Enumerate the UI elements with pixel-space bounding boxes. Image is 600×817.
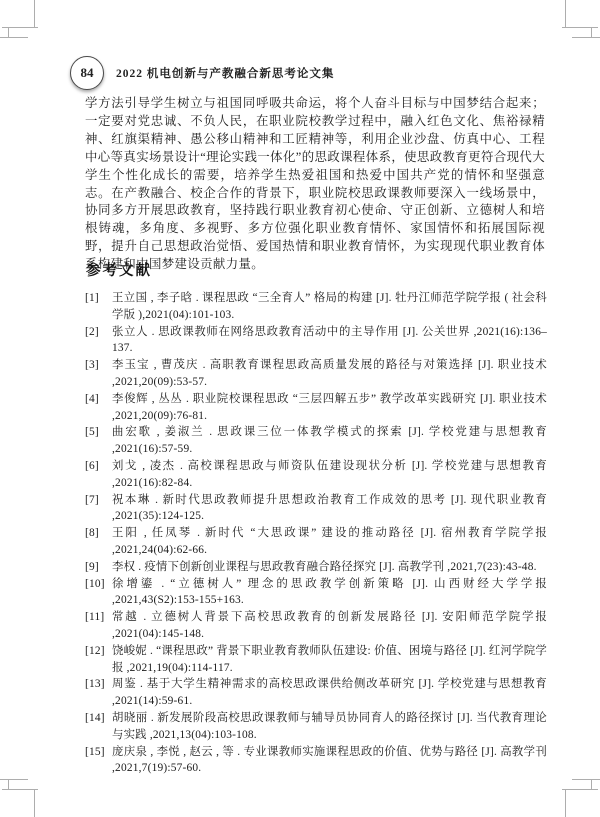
- reference-text: 李权 . 疫情下创新创业课程与思政教育融合路径探究 [J]. 高教学刊 ,202…: [112, 561, 537, 573]
- article-paragraph: 学方法引导学生树立与祖国同呼吸共命运，将个人奋斗目标与中国梦结合起来；一定要对党…: [85, 95, 545, 274]
- reference-text: 李俊辉 , 丛丛 . 职业院校课程思政 “三层四解五步” 教学改革实践研究 [J…: [112, 393, 547, 422]
- reference-label: [5]: [85, 424, 99, 441]
- reference-item: [3]李玉宝 , 曹茂庆 . 高职教育课程思政高质量发展的路径与对策选择 [J]…: [85, 357, 547, 391]
- reference-text: 张立人 . 思政课教师在网络思政教育活动中的主导作用 [J]. 公关世界 ,20…: [112, 326, 547, 355]
- reference-item: [15]庞庆泉 , 李悦 , 赵云 , 等 . 专业课教师实施课程思政的价值、优…: [85, 744, 547, 778]
- reference-text: 李玉宝 , 曹茂庆 . 高职教育课程思政高质量发展的路径与对策选择 [J]. 职…: [112, 359, 547, 388]
- page-number: 84: [81, 65, 94, 81]
- reference-item: [1]王立国 , 李子晗 . 课程思政 “三全育人” 格局的构建 [J]. 牡丹…: [85, 290, 547, 324]
- reference-item: [13]周鉴 . 基于大学生精神需求的高校思政课供给侧改革研究 [J]. 学校党…: [85, 676, 547, 710]
- reference-item: [14]胡晓丽 . 新发展阶段高校思政课教师与辅导员协同育人的路径探讨 [J].…: [85, 710, 547, 744]
- reference-text: 王阳 , 任凤琴 . 新时代 “大思政课” 建设的推动路径 [J]. 宿州教育学…: [112, 527, 547, 556]
- reference-label: [3]: [85, 357, 99, 374]
- reference-item: [2]张立人 . 思政课教师在网络思政教育活动中的主导作用 [J]. 公关世界 …: [85, 324, 547, 358]
- crop-mark-top-left: [0, 0, 40, 40]
- reference-item: [12]饶峻妮 . “课程思政” 背景下职业教育教师队伍建设: 价值、困境与路径…: [85, 643, 547, 677]
- reference-item: [8]王阳 , 任凤琴 . 新时代 “大思政课” 建设的推动路径 [J]. 宿州…: [85, 525, 547, 559]
- page-header: 84 2022 机电创新与产教融合新思考论文集: [70, 56, 545, 90]
- reference-text: 王立国 , 李子晗 . 课程思政 “三全育人” 格局的构建 [J]. 牡丹江师范…: [112, 292, 547, 321]
- reference-label: [8]: [85, 525, 99, 542]
- reference-item: [9]李权 . 疫情下创新创业课程与思政教育融合路径探究 [J]. 高教学刊 ,…: [85, 559, 547, 576]
- reference-text: 祝本琳 . 新时代思政教师提升思想政治教育工作成效的思考 [J]. 现代职业教育…: [112, 494, 547, 523]
- reference-item: [4]李俊辉 , 丛丛 . 职业院校课程思政 “三层四解五步” 教学改革实践研究…: [85, 391, 547, 425]
- reference-text: 饶峻妮 . “课程思政” 背景下职业教育教师队伍建设: 价值、困境与路径 [J]…: [112, 645, 547, 674]
- reference-label: [10]: [85, 576, 105, 593]
- reference-item: [7]祝本琳 . 新时代思政教师提升思想政治教育工作成效的思考 [J]. 现代职…: [85, 492, 547, 526]
- reference-text: 胡晓丽 . 新发展阶段高校思政课教师与辅导员协同育人的路径探讨 [J]. 当代教…: [112, 712, 547, 741]
- reference-label: [11]: [85, 609, 104, 626]
- reference-text: 刘戈 , 凌杰 . 高校课程思政与师资队伍建设现状分析 [J]. 学校党建与思想…: [112, 460, 547, 489]
- reference-label: [2]: [85, 324, 99, 341]
- crop-mark-bottom-left: [0, 777, 40, 817]
- reference-text: 曲宏歌 , 姜淑兰 . 思政课三位一体教学模式的探索 [J]. 学校党建与思想教…: [112, 426, 547, 455]
- book-title: 2022 机电创新与产教融合新思考论文集: [116, 65, 334, 81]
- reference-item: [10]徐增鎏 . “立德树人” 理念的思政教学创新策略 [J]. 山西财经大学…: [85, 576, 547, 610]
- reference-text: 周鉴 . 基于大学生精神需求的高校思政课供给侧改革研究 [J]. 学校党建与思想…: [112, 678, 547, 707]
- page-number-badge: 84: [70, 56, 104, 90]
- crop-mark-bottom-right: [560, 777, 600, 817]
- reference-item: [11]常越 . 立德树人背景下高校思政教育的创新发展路径 [J]. 安阳师范学…: [85, 609, 547, 643]
- reference-text: 庞庆泉 , 李悦 , 赵云 , 等 . 专业课教师实施课程思政的价值、优势与路径…: [112, 746, 547, 775]
- reference-item: [5]曲宏歌 , 姜淑兰 . 思政课三位一体教学模式的探索 [J]. 学校党建与…: [85, 424, 547, 458]
- crop-mark-top-right: [560, 0, 600, 40]
- reference-label: [4]: [85, 391, 99, 408]
- references-heading: 参考文献: [86, 259, 152, 280]
- reference-label: [1]: [85, 290, 99, 307]
- reference-text: 徐增鎏 . “立德树人” 理念的思政教学创新策略 [J]. 山西财经大学学报 ,…: [112, 578, 547, 607]
- reference-label: [6]: [85, 458, 99, 475]
- reference-text: 常越 . 立德树人背景下高校思政教育的创新发展路径 [J]. 安阳师范学院学报 …: [112, 611, 547, 640]
- reference-label: [14]: [85, 710, 105, 727]
- references-list: [1]王立国 , 李子晗 . 课程思政 “三全育人” 格局的构建 [J]. 牡丹…: [85, 290, 547, 777]
- reference-label: [12]: [85, 643, 105, 660]
- reference-label: [7]: [85, 492, 99, 509]
- reference-item: [6]刘戈 , 凌杰 . 高校课程思政与师资队伍建设现状分析 [J]. 学校党建…: [85, 458, 547, 492]
- reference-label: [9]: [85, 559, 99, 576]
- reference-label: [15]: [85, 744, 105, 761]
- document-page: 84 2022 机电创新与产教融合新思考论文集 学方法引导学生树立与祖国同呼吸共…: [0, 0, 600, 817]
- reference-label: [13]: [85, 676, 105, 693]
